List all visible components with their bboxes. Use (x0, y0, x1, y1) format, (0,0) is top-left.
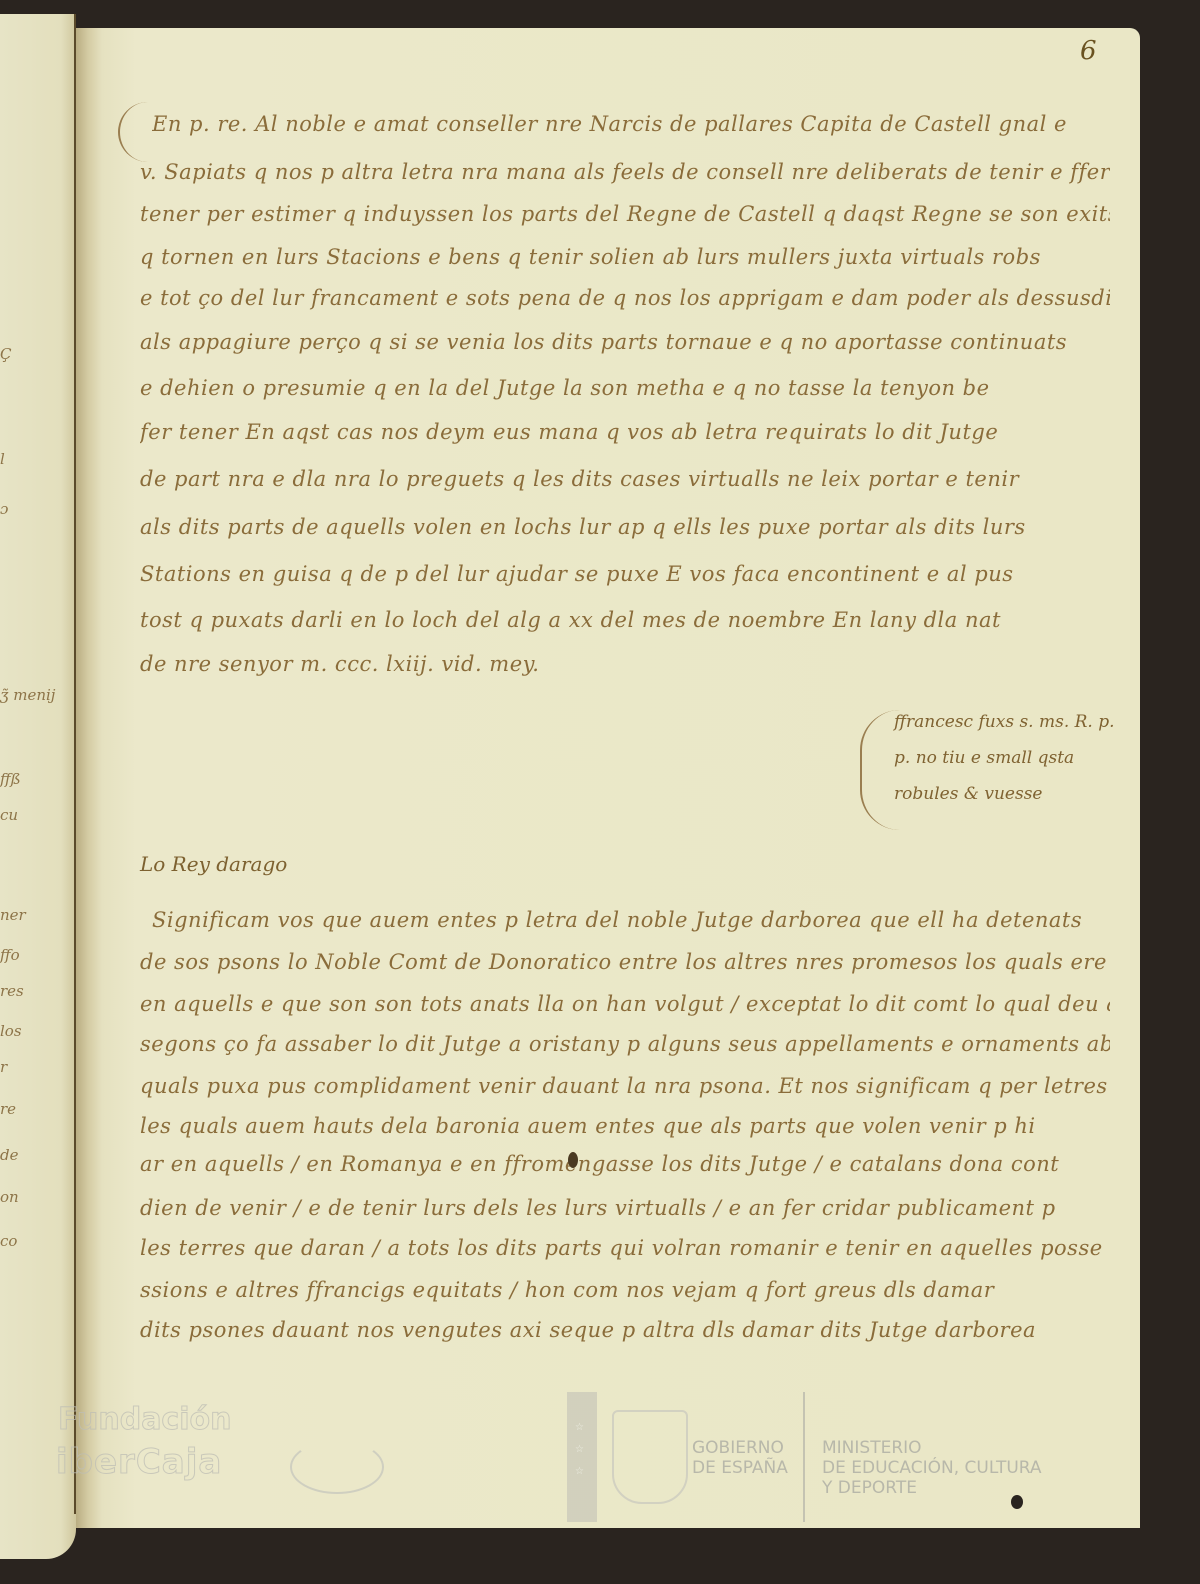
margin-note: ʒ̃ menij (0, 686, 74, 704)
manuscript-line: les terres que daran / a tots los dits p… (140, 1236, 1110, 1260)
manuscript-line: tener per estimer q induyssen los parts … (140, 202, 1110, 226)
signature-line: robules & vuesse (894, 784, 1042, 804)
margin-note: de (0, 1146, 74, 1164)
margin-note: on (0, 1188, 74, 1206)
margin-note: l (0, 450, 74, 468)
manuscript-line: dits psones dauant nos vengutes axi sequ… (140, 1318, 1110, 1342)
margin-note: los (0, 1022, 74, 1040)
signature-line: ffrancesc fuxs s. ms. R. p. (894, 712, 1115, 732)
star-icon: ☆ (575, 1466, 584, 1477)
manuscript-line: quals puxa pus complidament venir dauant… (140, 1074, 1110, 1098)
manuscript-line: segons ço fa assaber lo dit Jutge a oris… (140, 1032, 1110, 1056)
manuscript-line: de sos psons lo Noble Comt de Donoratico… (140, 950, 1110, 974)
spain-flag-icon: ☆ ☆ ☆ (567, 1392, 597, 1522)
watermark-ministerio: MINISTERIO DE EDUCACIÓN, CULTURA Y DEPOR… (822, 1438, 1042, 1498)
manuscript-line: de part nra e dla nra lo preguets q les … (140, 467, 1110, 491)
coat-of-arms-icon (612, 1410, 688, 1504)
margin-note: ffß (0, 770, 74, 788)
margin-note: ner (0, 906, 74, 924)
manuscript-line: en aquells e que son son tots anats lla … (140, 992, 1110, 1016)
margin-note: res (0, 982, 74, 1000)
manuscript-line: v. Sapiats q nos p altra letra nra mana … (140, 160, 1110, 184)
manuscript-line: e dehien o presumie q en la del Jutge la… (140, 376, 1110, 400)
manuscript-line: q tornen en lurs Stacions e bens q tenir… (140, 245, 1110, 269)
watermark-fundacion: Fundación (58, 1402, 231, 1437)
watermark-gobierno: GOBIERNO DE ESPAÑA (692, 1438, 788, 1478)
manuscript-line: e tot ço del lur francament e sots pena … (140, 286, 1110, 310)
manuscript-line: als dits parts de aquells volen en lochs… (140, 515, 1110, 539)
star-icon: ☆ (575, 1444, 584, 1455)
margin-note: Ç (0, 345, 74, 363)
manuscript-line: Significam vos que auem entes p letra de… (152, 908, 1122, 932)
manuscript-line: fer tener En aqst cas nos deym eus mana … (140, 420, 1110, 444)
watermark-ibercaja: iberCaja (56, 1442, 222, 1482)
letter-2-heading: Lo Rey darago (140, 852, 287, 876)
manuscript-line: les quals auem hauts dela baronia auem e… (140, 1114, 1110, 1138)
ink-stain (568, 1152, 578, 1168)
manuscript-line: als appagiure perço q si se venia los di… (140, 330, 1110, 354)
margin-note: ɔ (0, 500, 74, 518)
watermark-divider (803, 1392, 805, 1522)
manuscript-line: ar en aquells / en Romanya e en ffromeng… (140, 1152, 1110, 1176)
manuscript-line: de nre senyor m. ccc. lxiij. vid. mey. (140, 652, 1110, 676)
ibercaja-logo-icon (290, 1440, 384, 1494)
margin-note: r (0, 1058, 74, 1076)
signature-block: ffrancesc fuxs s. ms. R. p. p. no tiu e … (860, 700, 1120, 840)
manuscript-line: dien de venir / e de tenir lurs dels les… (140, 1196, 1110, 1220)
paper-damage-hole (1011, 1495, 1023, 1509)
manuscript-line: tost q puxats darli en lo loch del alg a… (140, 608, 1110, 632)
manuscript-line: Stations en guisa q de p del lur ajudar … (140, 562, 1110, 586)
margin-note: ffo (0, 946, 74, 964)
manuscript-line: ssions e altres ffrancigs equitats / hon… (140, 1278, 1110, 1302)
folio-number: 6 (1080, 36, 1097, 66)
margin-note: re (0, 1100, 74, 1118)
star-icon: ☆ (575, 1422, 584, 1433)
margin-note: cu (0, 806, 74, 824)
margin-note: co (0, 1232, 74, 1250)
signature-line: p. no tiu e small qsta (894, 748, 1074, 768)
manuscript-line: En p. re. Al noble e amat conseller nre … (152, 112, 1122, 136)
